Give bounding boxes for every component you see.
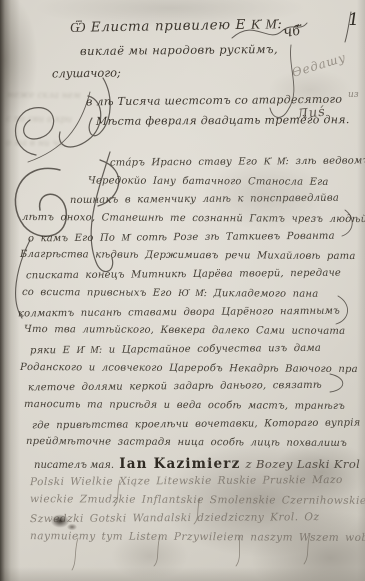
manuscript-line: Что тва литѣйского, Кввкера далеко Сами … [18,324,356,345]
manuscript-line: ряки Е И҃ М҃: и Царстайное собучества из… [18,342,356,364]
latin-line: wieckie Zmudzkie Inflantskie Smolenskie … [30,493,350,513]
manuscript-line: со всиста привсныхъ Его Ю҃ М҃: Дикладемо… [18,287,356,308]
royal-title-rest: z Bozey Laski Krol [246,457,361,471]
manuscript-body: ста́ръ Ирасно ставу Его К҃ М҃: злѣ ведво… [18,157,356,456]
manuscript-line: лѣтъ онохо, Станешнѣ те сознаннй Гактъ ч… [18,212,356,233]
bleed-line: о ма в ни ча [6,131,126,156]
royal-intro: писателъ мая. [34,460,114,471]
header-line-title: Ѿ Елиста привилею Е К҃ М҃: [70,16,283,36]
latin-titulature: Polski Wielkie Xiąze Litewskie Ruskie Pr… [30,475,350,549]
margin-signature: Ѳедашу [290,50,348,80]
latin-line: Szwedzki Gotski Wandalski dziedziczny Kr… [30,511,350,532]
margin-note: Лиѕ́ [296,105,326,123]
margin-note-small: из [348,90,359,100]
margin-mark: чб҃ [282,21,302,42]
latin-line: Polski Wielkie Xiąze Litewskie Ruskie Pr… [30,474,350,495]
folio-number: 1 [347,10,361,30]
manuscript-line: клеточе долями керкой задарѣ данього, св… [18,380,356,402]
latin-line: naymuiemy tym Listem Przywileiem naszym … [30,530,350,550]
header-line-3: слушачого; [52,66,121,81]
header-line-subtitle: виклаё мы народовѣ рускймъ, [80,42,278,58]
manuscript-line: ста́ръ Ирасно ставу Его К҃ М҃: злѣ ведво… [18,156,356,178]
royal-name-line: писателъ мая. Ian Kazimierz z Bozey Lask… [34,453,360,472]
manuscript-page: меже скла нем с по сви а кри о ма в ни ч… [0,0,365,581]
manuscript-line: таносить та присѣдя и веда особѣ мастъ, … [18,399,356,420]
manuscript-line: списката конецъ Митникѣ Царёва твоерй, п… [18,268,356,290]
royal-name: Ian Kazimierz [119,456,240,472]
